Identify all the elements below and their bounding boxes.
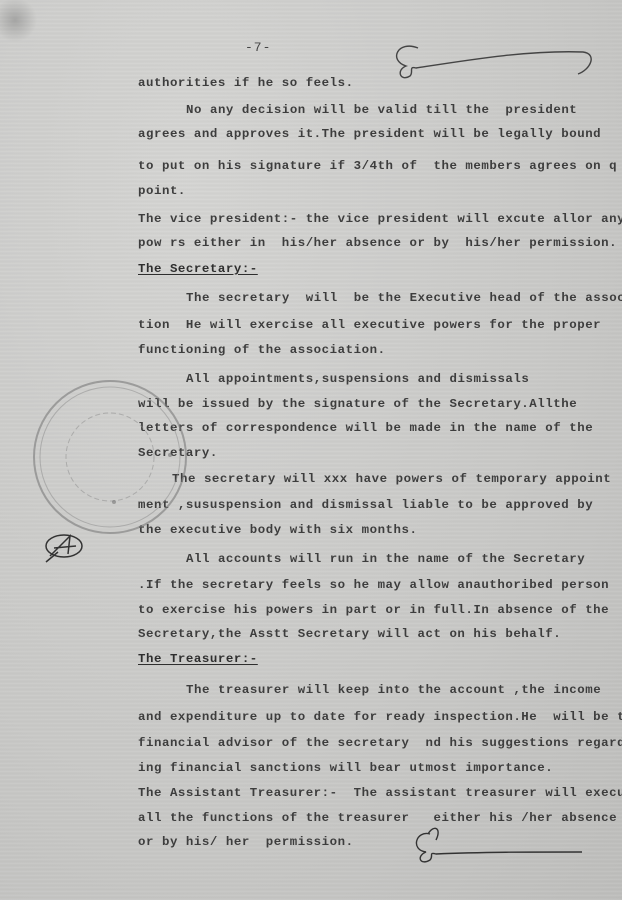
text-line: .If the secretary feels so he may allow …: [138, 578, 609, 592]
text-line: Secretary,the Asstt Secretary will act o…: [138, 627, 561, 641]
text-line: pow rs either in his/her absence or by h…: [138, 236, 617, 250]
text-line: or by his/ her permission.: [138, 835, 354, 849]
signature-top-icon: [378, 40, 608, 90]
section-heading-treasurer: The Treasurer:-: [138, 652, 258, 666]
initials-mark-icon: [40, 530, 90, 566]
page-number: -7-: [245, 40, 271, 55]
text-line: to exercise his powers in part or in ful…: [138, 603, 609, 617]
text-line: ing financial sanctions will bear utmost…: [138, 761, 553, 775]
text-line: The secretary will xxx have powers of te…: [172, 472, 611, 486]
text-line: The secretary will be the Executive head…: [186, 291, 622, 305]
official-seal-icon: [30, 375, 190, 540]
text-line: to put on his signature if 3/4th of the …: [138, 159, 617, 173]
text-line: All accounts will run in the name of the…: [186, 552, 585, 566]
text-line: and expenditure up to date for ready ins…: [138, 710, 622, 724]
text-line: All appointments,suspensions and dismiss…: [186, 372, 529, 386]
text-line: financial advisor of the secretary nd hi…: [138, 736, 622, 750]
text-line: The Assistant Treasurer:- The assistant …: [138, 786, 622, 800]
scanned-document-page: -7- authorities if he so feels. No any d…: [0, 0, 622, 900]
signature-bottom-icon: [410, 820, 590, 870]
text-line: functioning of the association.: [138, 343, 386, 357]
text-line: The vice president:- the vice president …: [138, 212, 622, 226]
section-heading-secretary: The Secretary:-: [138, 262, 258, 276]
text-line: No any decision will be valid till the p…: [186, 103, 577, 117]
text-line: ment ,sususpension and dismissal liable …: [138, 498, 593, 512]
text-line: tion He will exercise all executive powe…: [138, 318, 601, 332]
paper-stain: [0, 0, 60, 60]
text-line: point.: [138, 184, 186, 198]
text-line: letters of correspondence will be made i…: [138, 421, 593, 435]
text-line: will be issued by the signature of the S…: [138, 397, 577, 411]
text-line: authorities if he so feels.: [138, 76, 354, 90]
text-line: agrees and approves it.The president wil…: [138, 127, 601, 141]
text-line: The treasurer will keep into the account…: [186, 683, 601, 697]
